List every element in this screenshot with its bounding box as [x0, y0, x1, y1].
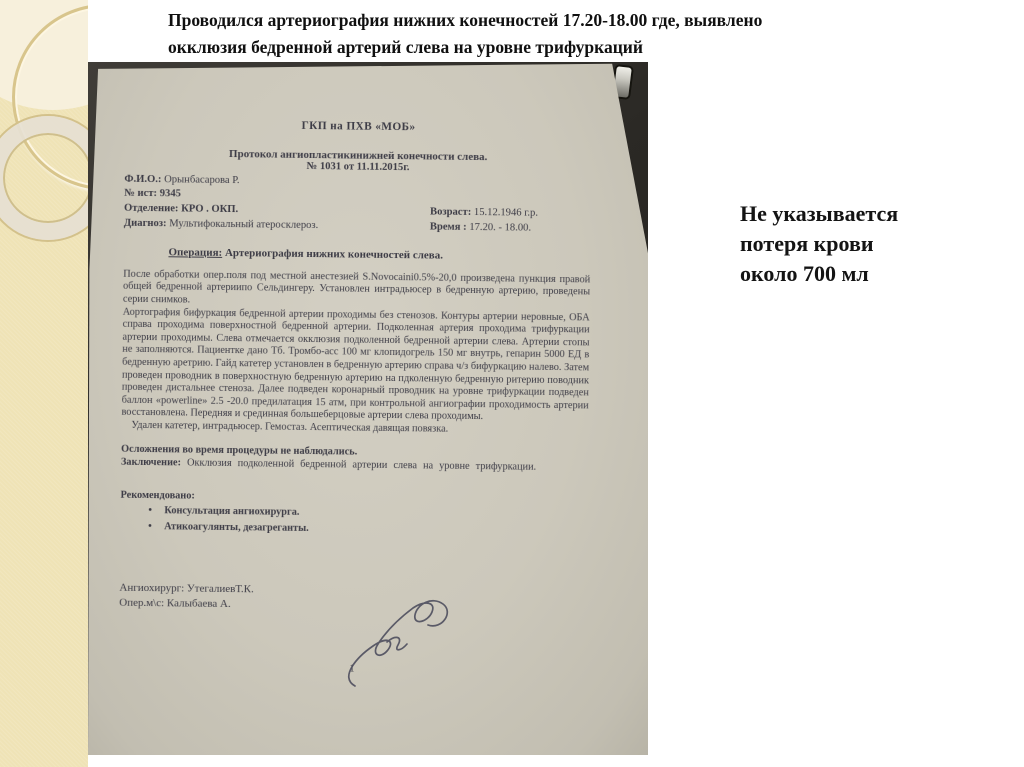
recommendation-text: Консультация ангиохирурга.: [164, 505, 299, 518]
bullet-icon: •: [148, 521, 164, 534]
time-label: Время :: [430, 221, 467, 232]
fio-label: Ф.И.О.:: [124, 173, 161, 184]
slide-title: Проводился артериография нижних конечнос…: [168, 7, 990, 61]
fio-value: Орынбасарова Р.: [161, 174, 239, 186]
age-label: Возраст:: [430, 206, 471, 218]
nurse-label: Опер.м\с:: [119, 597, 164, 610]
blood-loss-annotation: Не указывается потеря крови около 700 мл: [740, 199, 955, 289]
document-photo: ГКП на ПХВ «МОБ» Протокол ангиопластикин…: [88, 62, 648, 755]
operation-value: Артериография нижних конечностей слева.: [222, 247, 443, 262]
body-paragraph-1: После обработки опер.поля под местной ан…: [123, 268, 590, 311]
diagnosis-value: Мультифокальный атеросклероз.: [166, 218, 318, 231]
operation-label: Операция:: [168, 246, 222, 259]
thick-ring-icon: [0, 116, 88, 240]
time-field: Время : 17.20. - 18.00.: [430, 221, 531, 235]
org-name: ГКП на ПХВ «МОБ»: [125, 118, 592, 136]
department-label: Отделение:: [124, 203, 179, 215]
surgeon-label: Ангиохирург:: [119, 582, 184, 595]
operation-line: Операция: Артериография нижних конечност…: [168, 246, 590, 264]
recommendation-item: •Консультация ангиохирурга.: [148, 505, 587, 523]
time-value: 17.20. - 18.00.: [467, 221, 532, 233]
age-field: Возраст: 15.12.1946 г.р.: [430, 206, 538, 220]
bullet-icon: •: [148, 505, 164, 518]
nurse-name: Калыбаева А.: [164, 598, 231, 611]
department-value: КРО . ОКП.: [178, 203, 238, 215]
body-paragraph-2: Аортография бифуркация бедренной артерии…: [121, 306, 589, 425]
conclusion-label: Заключение:: [121, 457, 181, 469]
slide-theme-sidebar: [0, 0, 88, 767]
recommendation-item: •Атикоагулянты, дезагреганты.: [148, 521, 587, 539]
recommendation-text: Атикоагулянты, дезагреганты.: [164, 521, 309, 534]
surgeon-name: УтегалиевТ.К.: [184, 583, 254, 596]
handwritten-signature: [343, 595, 465, 691]
diagnosis-label: Диагноз:: [124, 217, 167, 229]
age-value: 15.12.1946 г.р.: [471, 207, 538, 219]
